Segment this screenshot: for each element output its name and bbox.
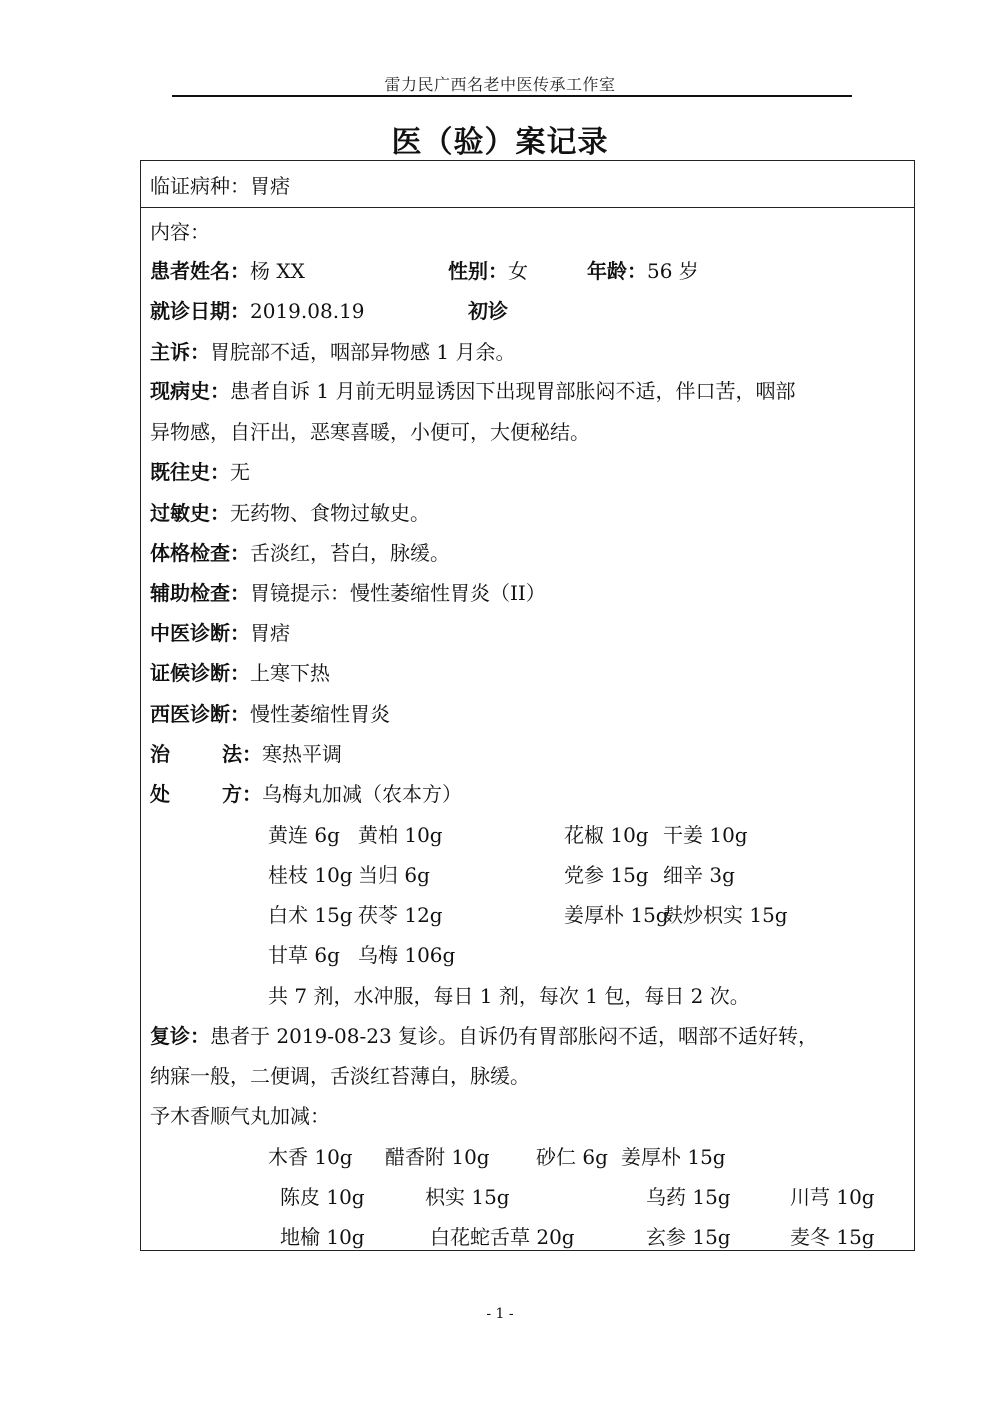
herb-item: 乌药 15g	[646, 1185, 731, 1209]
prescription-value: 乌梅丸加减（农本方）	[262, 782, 462, 806]
treatment-line: 治法：寒热平调	[150, 742, 342, 766]
present-illness-line-2: 异物感，自汗出，恶寒喜暖，小便可，大便秘结。	[150, 420, 590, 444]
visit-date-value: 2019.08.19	[250, 299, 365, 323]
past-history-label: 既往史：	[150, 460, 230, 484]
herb-item: 白花蛇舌草 20g	[430, 1225, 575, 1249]
chief-complaint-label: 主诉：	[150, 340, 210, 364]
visit-type: 初诊	[468, 299, 508, 323]
herb-item: 茯苓 12g	[358, 903, 443, 927]
allergy-history-label: 过敏史：	[150, 501, 230, 525]
tcm-diagnosis-line: 中医诊断：胃痞	[150, 621, 290, 645]
gender-line: 性别：女	[448, 259, 528, 283]
follow-up-label: 复诊：	[150, 1024, 210, 1048]
patient-name-line: 患者姓名：杨 XX	[150, 259, 305, 283]
prescription-label-b: 方：	[222, 782, 262, 806]
herb-item: 玄参 15g	[646, 1225, 731, 1249]
age-line: 年龄：56 岁	[587, 259, 699, 283]
auxiliary-exam-value: 胃镜提示：慢性萎缩性胃炎（II）	[250, 581, 546, 605]
western-diagnosis-line: 西医诊断：慢性萎缩性胃炎	[150, 702, 390, 726]
past-history-value: 无	[230, 460, 250, 484]
follow-up-line-1: 复诊：患者于 2019-08-23 复诊。自诉仍有胃部胀闷不适，咽部不适好转，	[150, 1024, 818, 1048]
gender-value: 女	[508, 259, 528, 283]
herb-item: 乌梅 106g	[358, 943, 455, 967]
dosage-instructions: 共 7 剂，水冲服，每日 1 剂，每次 1 包，每日 2 次。	[268, 984, 750, 1008]
treatment-label-b: 法：	[222, 742, 262, 766]
follow-up-text-2: 纳寐一般，二便调，舌淡红苔薄白，脉缓。	[150, 1064, 530, 1088]
present-illness-text-1: 患者自诉 1 月前无明显诱因下出现胃部胀闷不适，伴口苦，咽部	[230, 379, 795, 403]
content-label: 内容：	[150, 220, 210, 244]
western-diagnosis-value: 慢性萎缩性胃炎	[250, 702, 390, 726]
record-table: 临证病种：胃痞 内容： 患者姓名：杨 XX 性别：女 年龄：56 岁 就诊日期：…	[140, 160, 915, 1251]
present-illness-text-2: 异物感，自汗出，恶寒喜暖，小便可，大便秘结。	[150, 420, 590, 444]
herb-item: 桂枝 10g	[268, 863, 353, 887]
herb-item: 甘草 6g	[268, 943, 340, 967]
header-divider	[172, 95, 852, 97]
herb-item: 黄柏 10g	[358, 823, 443, 847]
herb-item: 白术 15g	[268, 903, 353, 927]
age-value: 56 岁	[647, 259, 699, 283]
present-illness-line-1: 现病史：患者自诉 1 月前无明显诱因下出现胃部胀闷不适，伴口苦，咽部	[150, 379, 795, 403]
physical-exam-label: 体格检查：	[150, 541, 250, 565]
herb-item: 川芎 10g	[790, 1185, 875, 1209]
herb-item: 砂仁 6g	[536, 1145, 608, 1169]
disease-line: 临证病种：胃痞	[150, 174, 290, 198]
herb-item: 地榆 10g	[280, 1225, 365, 1249]
patient-name-label: 患者姓名：	[150, 259, 250, 283]
herb-item: 黄连 6g	[268, 823, 340, 847]
herb-item: 姜厚朴 15g	[621, 1145, 726, 1169]
herb-item: 花椒 10g	[564, 823, 649, 847]
herb-item: 干姜 10g	[663, 823, 748, 847]
allergy-history-value: 无药物、食物过敏史。	[230, 501, 430, 525]
herb-item: 麸炒枳实 15g	[663, 903, 788, 927]
herb-item: 姜厚朴 15g	[564, 903, 669, 927]
auxiliary-exam-line: 辅助检查：胃镜提示：慢性萎缩性胃炎（II）	[150, 581, 546, 605]
tcm-diagnosis-label: 中医诊断：	[150, 621, 250, 645]
gender-label: 性别：	[448, 259, 508, 283]
follow-up-prescription-intro: 予木香顺气丸加减：	[150, 1104, 330, 1128]
tcm-diagnosis-value: 胃痞	[250, 621, 290, 645]
document-title: 医（验）案记录	[0, 117, 1000, 161]
physical-exam-line: 体格检查：舌淡红，苔白，脉缓。	[150, 541, 450, 565]
studio-name-header: 雷力民广西名老中医传承工作室	[0, 72, 1000, 95]
past-history-line: 既往史：无	[150, 460, 250, 484]
disease-label: 临证病种：	[150, 174, 250, 198]
syndrome-diagnosis-line: 证候诊断：上寒下热	[150, 661, 330, 685]
visit-date-line: 就诊日期：2019.08.19	[150, 299, 365, 323]
disease-row: 临证病种：胃痞	[141, 161, 914, 208]
treatment-label-a: 治	[150, 742, 170, 766]
prescription-label-a: 处	[150, 782, 170, 806]
treatment-value: 寒热平调	[262, 742, 342, 766]
visit-type-text: 初诊	[468, 299, 508, 323]
herb-item: 当归 6g	[358, 863, 430, 887]
herb-item: 枳实 15g	[425, 1185, 510, 1209]
follow-up-prescription-text: 予木香顺气丸加减：	[150, 1104, 330, 1128]
present-illness-label: 现病史：	[150, 379, 230, 403]
content-label-text: 内容：	[150, 220, 210, 244]
syndrome-diagnosis-value: 上寒下热	[250, 661, 330, 685]
age-label: 年龄：	[587, 259, 647, 283]
physical-exam-value: 舌淡红，苔白，脉缓。	[250, 541, 450, 565]
herb-item: 木香 10g	[268, 1145, 353, 1169]
chief-complaint-line: 主诉：胃脘部不适，咽部异物感 1 月余。	[150, 340, 515, 364]
chief-complaint-value: 胃脘部不适，咽部异物感 1 月余。	[210, 340, 515, 364]
auxiliary-exam-label: 辅助检查：	[150, 581, 250, 605]
herb-item: 醋香附 10g	[385, 1145, 490, 1169]
herb-item: 党参 15g	[564, 863, 649, 887]
patient-name-value: 杨 XX	[250, 259, 305, 283]
follow-up-text-1: 患者于 2019-08-23 复诊。自诉仍有胃部胀闷不适，咽部不适好转，	[210, 1024, 818, 1048]
page-number: - 1 -	[0, 1306, 1000, 1322]
disease-value: 胃痞	[250, 174, 290, 198]
western-diagnosis-label: 西医诊断：	[150, 702, 250, 726]
syndrome-diagnosis-label: 证候诊断：	[150, 661, 250, 685]
visit-date-label: 就诊日期：	[150, 299, 250, 323]
allergy-history-line: 过敏史：无药物、食物过敏史。	[150, 501, 430, 525]
follow-up-line-2: 纳寐一般，二便调，舌淡红苔薄白，脉缓。	[150, 1064, 530, 1088]
herb-item: 细辛 3g	[663, 863, 735, 887]
herb-item: 麦冬 15g	[790, 1225, 875, 1249]
prescription-line: 处方：乌梅丸加减（农本方）	[150, 782, 462, 806]
herb-item: 陈皮 10g	[280, 1185, 365, 1209]
